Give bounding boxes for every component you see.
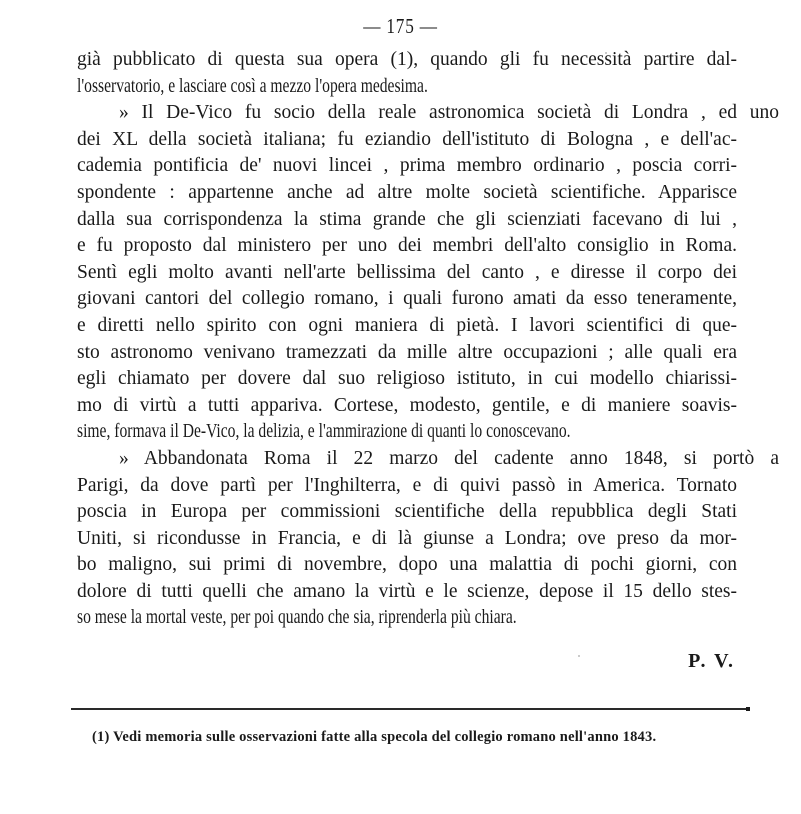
body-text: già pubblicato di questa sua opera (1), … (77, 47, 737, 632)
text-line: » Il De-Vico fu socio della reale astron… (77, 100, 779, 127)
text-line: poscia in Europa per commissioni scienti… (77, 499, 737, 526)
text-line: sime, formava il De-Vico, la delizia, e … (77, 419, 737, 446)
signature: P. V. (688, 650, 735, 673)
footnote: (1) Vedi memoria sulle osservazioni fatt… (92, 729, 656, 746)
text-line: sto astronomo venivano tramezzati da mil… (77, 340, 737, 367)
text-line: spondente : appartenne anche ad altre mo… (77, 180, 737, 207)
text-line: cademia pontificia de' nuovi lincei , pr… (77, 153, 737, 180)
text-line: bo maligno, sui primi di novembre, dopo … (77, 552, 737, 579)
footnote-divider (71, 708, 749, 710)
scan-speck (578, 655, 580, 657)
text-line: Uniti, si ricondusse in Francia, e di là… (77, 526, 737, 553)
page-number: — 175 — (72, 14, 729, 39)
text-line: già pubblicato di questa sua opera (1), … (77, 47, 737, 74)
text-line: so mese la mortal veste, per poi quando … (77, 605, 737, 632)
text-line: mo di virtù a tutti appariva. Cortese, m… (77, 393, 737, 420)
text-line: dalla sua corrispondenza la stima grande… (77, 207, 737, 234)
text-line: giovani cantori del collegio romano, i q… (77, 286, 737, 313)
text-line: Sentì egli molto avanti nell'arte bellis… (77, 260, 737, 287)
text-line: egli chiamato per dovere dal suo religio… (77, 366, 737, 393)
scan-speck (605, 52, 607, 54)
text-line: l'osservatorio, e lasciare così a mezzo … (77, 74, 737, 101)
text-line: e diretti nello spirito con ogni maniera… (77, 313, 737, 340)
text-line: » Abbandonata Roma il 22 marzo del caden… (77, 446, 779, 473)
text-line: dei XL della società italiana; fu eziand… (77, 127, 737, 154)
text-line: dolore di tutti quelli che amano la virt… (77, 579, 737, 606)
text-line: e fu proposto dal ministero per uno dei … (77, 233, 737, 260)
text-line: Parigi, da dove partì per l'Inghilterra,… (77, 473, 737, 500)
scan-speck (406, 570, 408, 572)
